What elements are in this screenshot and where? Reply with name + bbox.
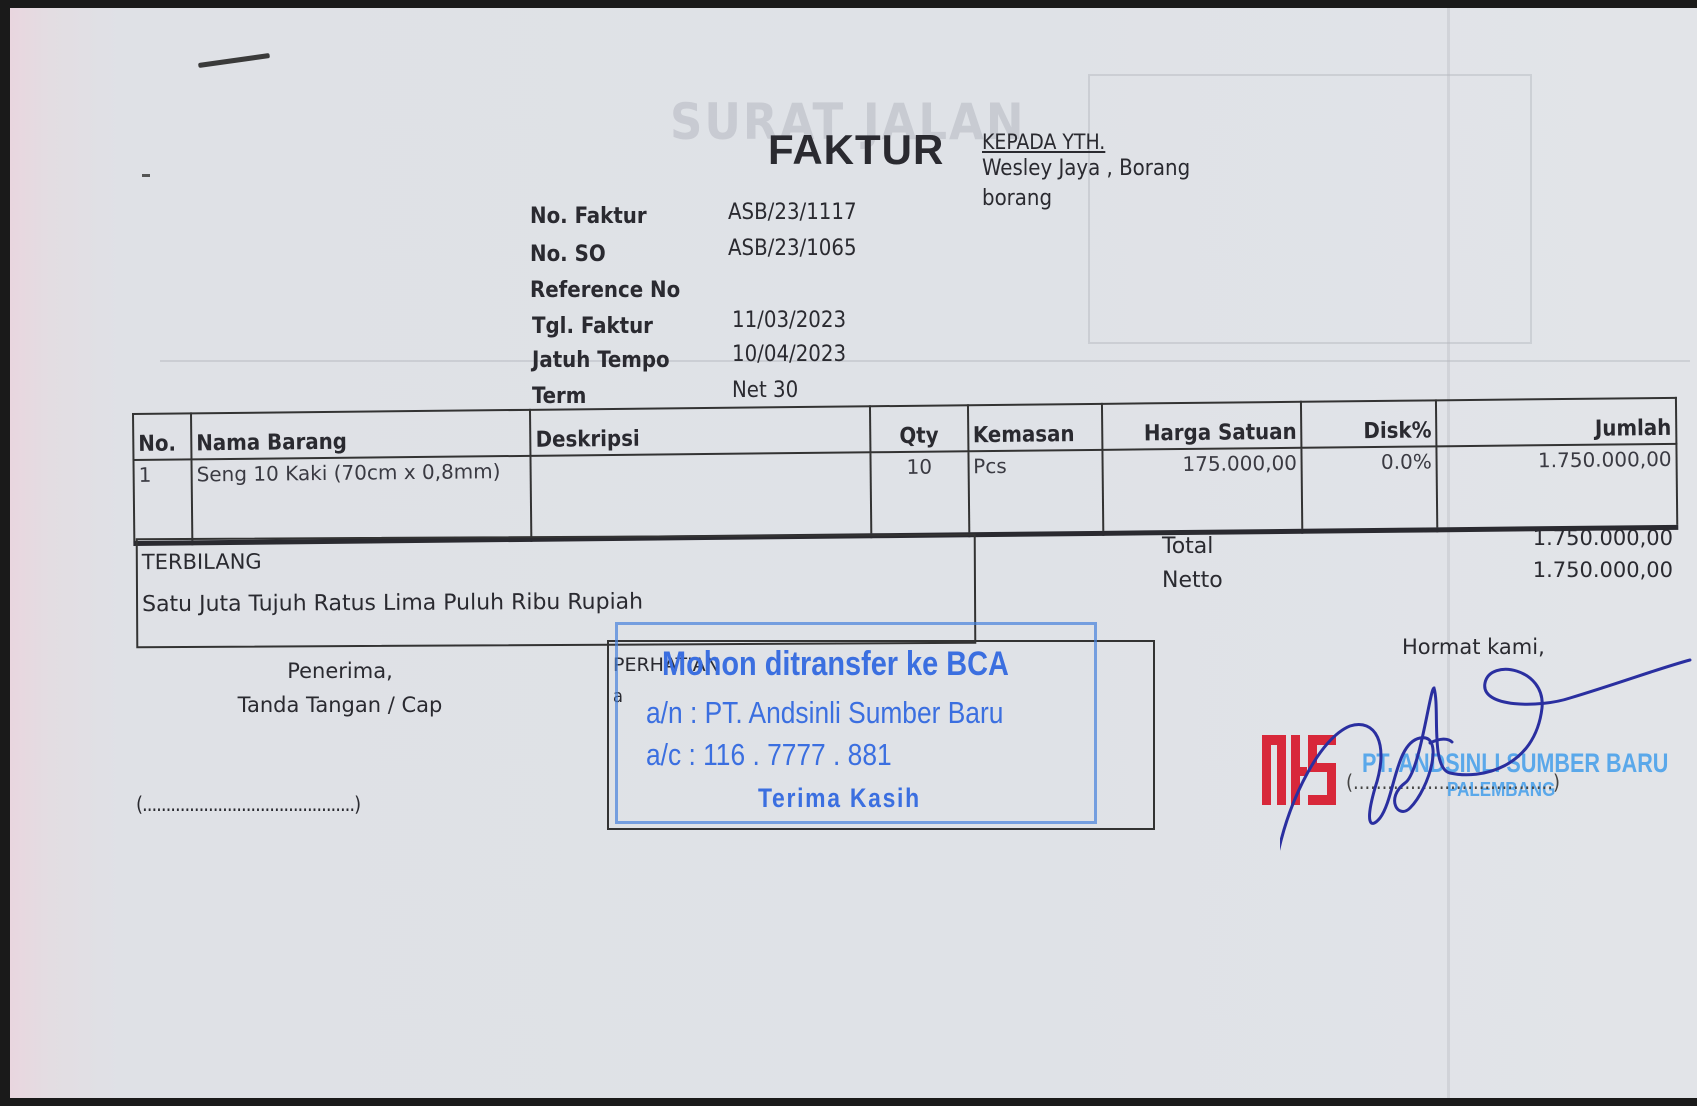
ghost-address-box (1088, 74, 1532, 344)
recipient-name: Wesley Jaya , Borang (982, 156, 1190, 181)
meta-label-no-faktur: No. Faktur (530, 204, 647, 229)
cell-qty: 10 (870, 451, 969, 536)
cell-harga-satuan: 175.000,00 (1102, 448, 1303, 534)
stamp-line-thanks: Terima Kasih (758, 783, 921, 814)
meta-value-no-faktur: ASB/23/1117 (728, 200, 857, 225)
cell-deskripsi (531, 452, 871, 539)
receiver-line1: Penerima, (190, 654, 490, 688)
meta-label-reference-no: Reference No (530, 278, 680, 303)
recipient-city: borang (982, 186, 1052, 211)
document-title: FAKTUR (768, 126, 944, 174)
receiver-line2: Tanda Tangan / Cap (190, 688, 490, 722)
meta-value-no-so: ASB/23/1065 (728, 236, 857, 261)
items-table: No. Nama Barang Deskripsi Qty Kemasan Ha… (132, 397, 1678, 546)
table-row: 1 Seng 10 Kaki (70cm x 0,8mm) 10 Pcs 175… (133, 444, 1677, 544)
cell-no: 1 (133, 459, 192, 543)
col-header-no: No. (133, 413, 191, 460)
terbilang-label: TERBILANG (142, 550, 262, 575)
meta-value-term: Net 30 (732, 378, 798, 403)
col-header-deskripsi: Deskripsi (530, 406, 870, 456)
cell-disk: 0.0% (1302, 446, 1438, 531)
receiver-signature-line: (.......................................… (136, 792, 360, 816)
meta-label-tgl-faktur: Tgl. Faktur (532, 314, 653, 339)
col-header-nama-barang: Nama Barang (191, 410, 531, 460)
col-header-harga-satuan: Harga Satuan (1102, 402, 1302, 450)
fold-line (1447, 8, 1450, 1098)
staple-mark (198, 53, 270, 68)
netto-label: Netto (1162, 568, 1223, 593)
netto-value: 1.750.000,00 (1453, 558, 1673, 582)
col-header-qty: Qty (870, 405, 968, 452)
total-value: 1.750.000,00 (1453, 526, 1673, 550)
col-header-disk: Disk% (1301, 400, 1436, 447)
meta-label-no-so: No. SO (530, 242, 606, 267)
bank-transfer-stamp: Mohon ditransfer ke BCA a/n : PT. Andsin… (615, 622, 1097, 824)
meta-value-tgl-faktur: 11/03/2023 (732, 308, 846, 333)
terbilang-text: Satu Juta Tujuh Ratus Lima Puluh Ribu Ru… (142, 590, 643, 618)
sender-closing: Hormat kami, (1402, 635, 1545, 659)
meta-label-jatuh-tempo: Jatuh Tempo (532, 348, 670, 373)
total-label: Total (1162, 534, 1213, 559)
receiver-signature-caption: Penerima, Tanda Tangan / Cap (190, 654, 490, 722)
stamp-line-account-name: a/n : PT. Andsinli Sumber Baru (646, 695, 1003, 731)
sender-signature-line: (...................................) (1346, 770, 1560, 794)
col-header-jumlah: Jumlah (1436, 398, 1676, 447)
cell-jumlah: 1.750.000,00 (1437, 444, 1678, 530)
company-logo-icon (1260, 731, 1338, 809)
cell-kemasan: Pcs (968, 450, 1103, 535)
stamp-line-account-number: a/c : 116 . 7777 . 881 (646, 737, 892, 773)
ghost-rule (160, 360, 1690, 362)
stamp-line-transfer: Mohon ditransfer ke BCA (662, 645, 1009, 684)
meta-value-jatuh-tempo: 10/04/2023 (732, 342, 846, 367)
recipient-label: KEPADA YTH. (982, 130, 1105, 154)
meta-label-term: Term (532, 384, 586, 409)
invoice-paper: SURAT JALAN FAKTUR KEPADA YTH. Wesley Ja… (10, 8, 1697, 1098)
col-header-kemasan: Kemasan (968, 404, 1102, 451)
cell-nama-barang: Seng 10 Kaki (70cm x 0,8mm) (191, 456, 531, 543)
punch-mark (142, 174, 150, 177)
